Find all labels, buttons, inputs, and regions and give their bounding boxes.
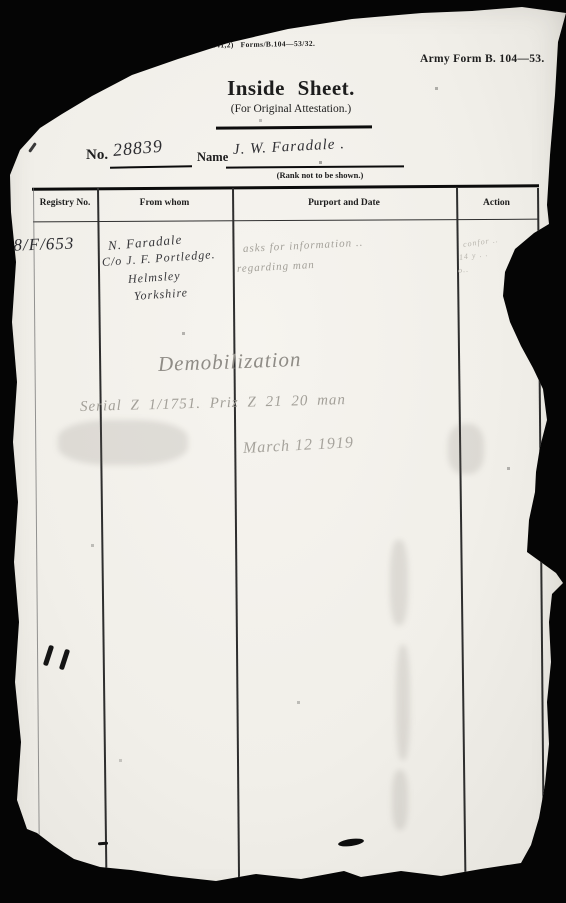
col-header-registry: Registry No. bbox=[33, 198, 97, 208]
ditto-mark bbox=[43, 645, 54, 667]
note-serial: Serial Z 1/1751. Priz Z 21 20 man bbox=[80, 392, 346, 416]
scanned-army-form: W.W.7 (E.641,2) Forms/B.104—53/32. Army … bbox=[0, 0, 566, 903]
col-header-action: Action bbox=[456, 198, 537, 208]
number-value: 28839 bbox=[112, 136, 164, 161]
col-divider-registry bbox=[97, 188, 107, 877]
bleed-smudge bbox=[58, 420, 188, 465]
name-value: J. W. Faradale . bbox=[233, 136, 346, 159]
number-label: No. bbox=[86, 147, 108, 164]
noise-specks bbox=[0, 0, 1, 1]
from-whom-line: Helmsley bbox=[127, 268, 181, 287]
action-line: confor .. bbox=[462, 235, 499, 249]
table-header-underline bbox=[33, 219, 538, 223]
col-header-purport: Purport and Date bbox=[232, 198, 456, 208]
ink-speck bbox=[98, 842, 108, 846]
col-divider-purport bbox=[456, 188, 466, 877]
bleed-smudge bbox=[448, 424, 484, 474]
paper-sheet: W.W.7 (E.641,2) Forms/B.104—53/32. Army … bbox=[0, 0, 566, 903]
page-title: Inside Sheet. bbox=[182, 76, 400, 101]
form-reference: Army Form B. 104—53. bbox=[420, 53, 562, 65]
col-header-fromwhom: From whom bbox=[97, 198, 232, 208]
title-divider-rule bbox=[216, 125, 372, 129]
col-divider-fromwhom bbox=[232, 188, 240, 877]
page-subtitle: (For Original Attestation.) bbox=[182, 103, 400, 115]
bleed-smudge bbox=[390, 540, 408, 625]
print-code: W.W.7 (E.641,2) Forms/B.104—53/32. bbox=[176, 39, 315, 50]
bleed-smudge bbox=[396, 645, 410, 760]
note-demobilization: Demobilization bbox=[158, 347, 302, 377]
number-underline bbox=[110, 165, 192, 168]
ditto-mark bbox=[59, 649, 70, 671]
name-label: Name bbox=[197, 150, 228, 165]
name-underline bbox=[226, 165, 404, 168]
stray-pen-mark bbox=[28, 142, 37, 153]
table-right-border bbox=[537, 188, 545, 877]
bleed-smudge bbox=[392, 770, 408, 830]
action-line: o.. bbox=[457, 265, 469, 275]
purport-line: regarding man bbox=[237, 259, 315, 275]
purport-line: asks for information .. bbox=[243, 237, 364, 255]
action-line: 14 y . . bbox=[458, 249, 489, 262]
note-date: March 12 1919 bbox=[243, 434, 355, 458]
entry-registry-no: 38/F/653 bbox=[4, 234, 75, 256]
ink-blot bbox=[338, 837, 365, 848]
table-left-border bbox=[33, 188, 40, 877]
from-whom-line: Yorkshire bbox=[133, 285, 188, 304]
rank-note: (Rank not to be shown.) bbox=[240, 170, 400, 180]
table-top-border bbox=[32, 184, 539, 191]
